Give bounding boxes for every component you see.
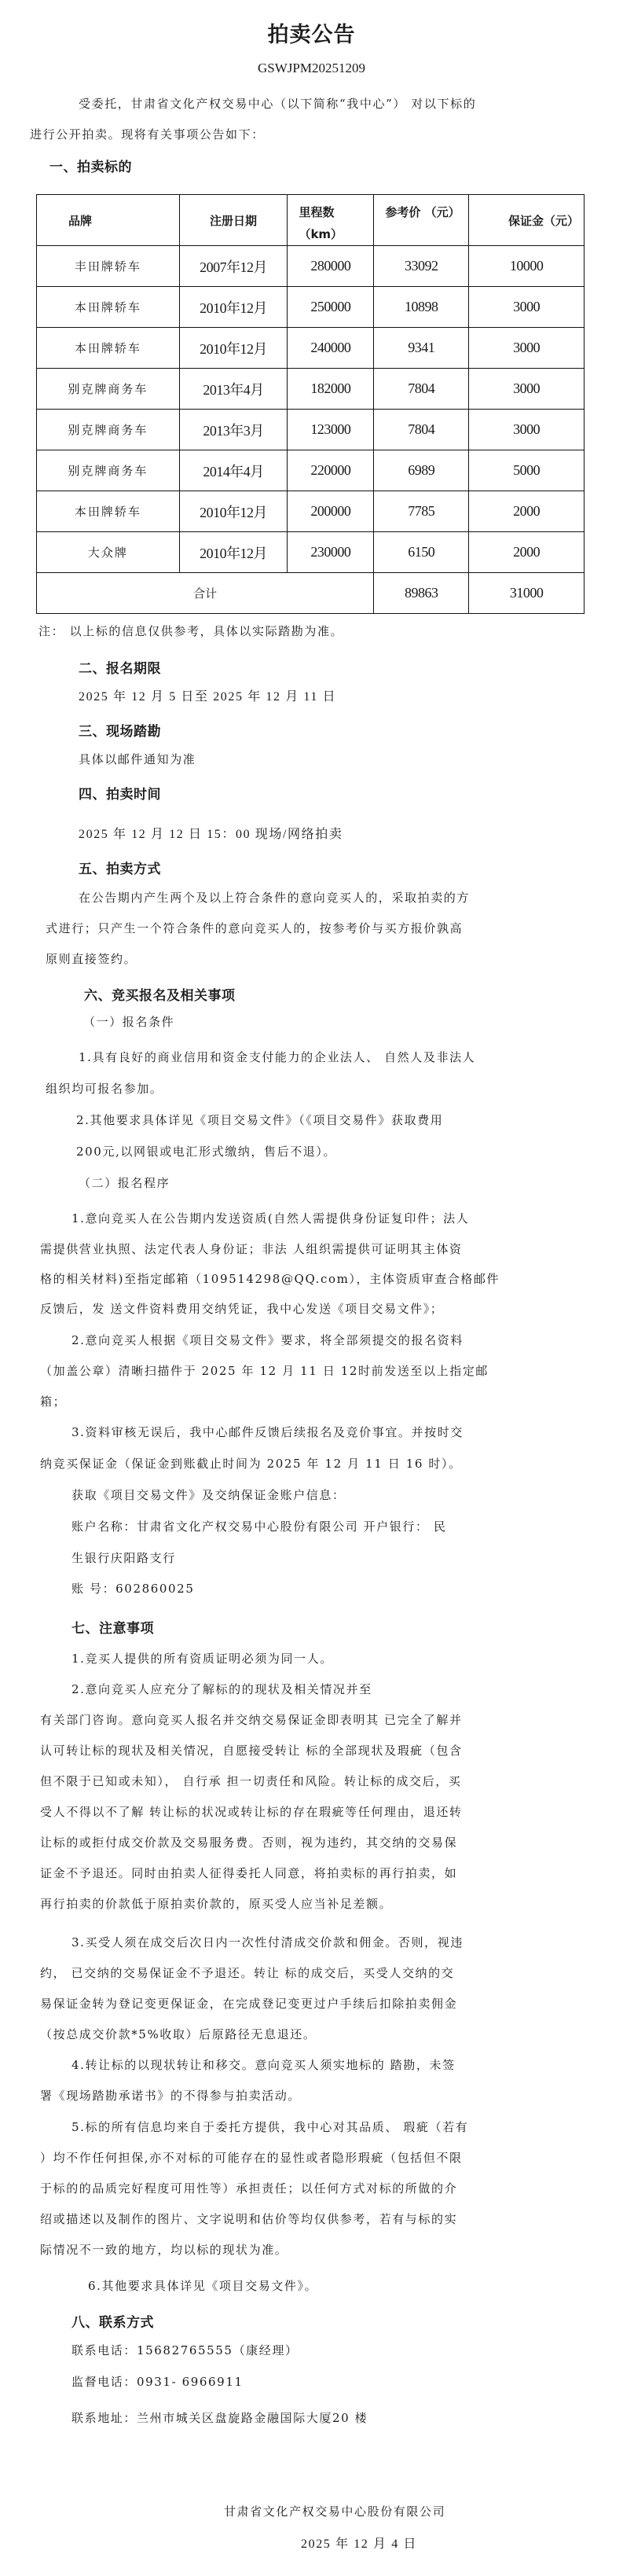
notes-line: ）均不作任何担保,亦不对标的可能存在的显性或者隐形瑕疵（包括但不限 [40,2151,463,2166]
procedure-line: 箱； [40,1395,66,1409]
notes-line: 1.竞买人提供的所有资质证明必须为同一人。 [71,1652,333,1666]
table-row: 本田牌轿车 2010年12月 200000 7785 2000 [37,491,585,532]
page-title: 拍卖公告 [0,17,623,48]
section-heading-auction-time: 四、拍卖时间 [79,783,161,803]
cell-ref-price: 33092 [374,246,469,287]
intro-line-1: 受委托，甘肃省文化产权交易中心（以下简称“我中心”） 对以下标的 [79,97,476,112]
auction-method-line: 在公告期内产生两个及以上符合条件的意向竞买人的，采取拍卖的方 [79,891,470,906]
cell-ref-price: 6150 [374,532,469,573]
cell-date: 2013年3月 [179,410,288,450]
account-number-line: 账 号：602860025 [71,1582,194,1597]
notes-line: 署《现场踏勘承诺书》的不得参与拍卖活动。 [40,2089,301,2104]
cell-mileage: 200000 [288,491,374,532]
total-label: 合计 [37,573,374,614]
table-header-row: 品牌 注册日期 里程数 （km） 参考价 （元） 保证金（元） [37,195,585,246]
procedure-line: 3.资料审核无误后，我中心邮件反馈后续报名及竞价事宜。并按时交 [71,1425,464,1440]
section-heading-contact: 八、联系方式 [71,2311,154,2331]
cell-date: 2013年4月 [179,369,288,410]
column-header-reg-date: 注册日期 [179,195,288,246]
table-row: 本田牌轿车 2010年12月 240000 9341 3000 [37,328,585,369]
notes-line: 际情况不一致的地方，均以标的现状为准。 [40,2243,288,2258]
contact-address: 联系地址：兰州市城关区盘旋路金融国际大厦20 楼 [71,2411,368,2426]
section-heading-auction-items: 一、拍卖标的 [49,156,132,175]
intro-line-2: 进行公开拍卖。现将有关事项公告如下： [30,127,265,142]
notes-line: 但不限于已知或未知）， 自行承 担一切责任和风险。转让标的成交后，买 [40,1774,461,1789]
table-total-row: 合计 89863 31000 [37,573,585,614]
cell-brand: 大众牌 [37,532,180,573]
subsection-heading-procedure: （二）报名程序 [79,1176,170,1191]
cell-mileage: 230000 [288,532,374,573]
notes-line: （按总成交价款*5%收取）后原路径无息退还。 [40,2027,317,2042]
section-heading-bidding-registration: 六、竞买报名及相关事项 [84,984,236,1004]
column-header-mileage: 里程数 （km） [288,195,374,246]
cell-ref-price: 9341 [374,328,469,369]
site-inspection-text: 具体以邮件通知为准 [79,752,196,767]
cell-deposit: 3000 [469,369,585,410]
cell-mileage: 220000 [288,450,374,491]
cell-deposit: 2000 [469,532,585,573]
total-ref-price: 89863 [374,573,469,614]
cell-brand: 别克牌商务车 [37,410,180,450]
cell-date: 2014年4月 [179,450,288,491]
section-heading-registration-period: 二、报名期限 [79,657,161,677]
cell-ref-price: 7804 [374,369,469,410]
conditions-line: 组织均可报名参加。 [46,1082,163,1097]
section-heading-auction-method: 五、拍卖方式 [79,858,161,877]
notes-line: 证金不予退还。同时由拍卖人征得委托人同意，将拍卖标的再行拍卖，如 [40,1866,457,1881]
table-row: 别克牌商务车 2013年3月 123000 7804 3000 [37,410,585,450]
cell-mileage: 250000 [288,287,374,328]
table-note: 注： 以上标的信息仅供参考，具体以实际踏勘为准。 [38,624,343,639]
notes-line: 6.其他要求具体详见《项目交易文件》。 [88,2279,317,2294]
cell-deposit: 10000 [469,246,585,287]
cell-mileage: 123000 [288,410,374,450]
notes-line: 绍或描述以及制作的图片、文字说明和估价等均仅供参考，若有与标的实 [40,2212,457,2227]
procedure-line: 1.意向竞买人在公告期内发送资质(自然人需提供身份证复印件；法人 [71,1211,469,1226]
cell-deposit: 3000 [469,328,585,369]
cell-ref-price: 10898 [374,287,469,328]
document-number: GSWJPM20251209 [0,61,623,76]
procedure-line: 纳竞买保证金（保证金到账截止时间为 2025 年 12 月 11 日 16 时）… [40,1457,462,1472]
account-info-intro: 获取《项目交易文件》及交纳保证金账户信息： [71,1488,346,1503]
table-row: 大众牌 2010年12月 230000 6150 2000 [37,532,585,573]
total-deposit: 31000 [469,573,585,614]
cell-date: 2010年12月 [179,328,288,369]
contact-phone: 联系电话：15682765555（康经理） [71,2343,299,2358]
notes-line: 4.转让标的以现状转让和移交。意向竞买人须实地标的 踏勘，未签 [71,2058,456,2073]
signature-organization: 甘肃省文化产权交易中心股份有限公司 [224,2504,445,2519]
conditions-line: 2.其他要求具体详见《项目交易文件》（《项目交易件》获取费用 [76,1113,443,1128]
notes-line: 认可转让标的现状及相关情况，自愿接受转让 标的全部现状及瑕疵（包含 [40,1744,463,1758]
cell-brand: 本田牌轿车 [37,491,180,532]
procedure-line: （加盖公章）清晰扫描件于 2025 年 12 月 11 日 12时前发送至以上指… [40,1364,489,1379]
table-row: 本田牌轿车 2010年12月 250000 10898 3000 [37,287,585,328]
section-heading-site-inspection: 三、现场踏勘 [79,720,161,740]
signature-date: 2025 年 12 月 4 日 [301,2537,417,2552]
auction-items-table: 品牌 注册日期 里程数 （km） 参考价 （元） 保证金（元） 丰田牌轿车 20… [36,194,585,614]
table-row: 别克牌商务车 2013年4月 182000 7804 3000 [37,369,585,410]
cell-mileage: 182000 [288,369,374,410]
procedure-line: 格的相关材料)至指定邮箱（109514298@QQ.com），主体资质审查合格邮… [40,1272,500,1287]
cell-mileage: 240000 [288,328,374,369]
section-heading-notes: 七、注意事项 [71,1617,154,1637]
notes-line: 于标的的品质完好程度可用性等）承担责任；以任何方式对标的所做的介 [40,2181,457,2196]
notes-line: 5.标的所有信息均来自于委托方提供，我中心对其品质、 瑕疵（若有 [71,2120,468,2135]
cell-deposit: 3000 [469,410,585,450]
notes-line: 约， 已交纳的交易保证金不予退还。转让 标的成交后，买受人交纳的交 [40,1966,454,1981]
cell-deposit: 5000 [469,450,585,491]
notes-line: 3.买受人须在成交后次日内一次性付清成交价款和佣金。否则，视违 [71,1935,464,1950]
notes-line: 再行拍卖的价款低于原拍卖价款的，原买受人应当补足差额。 [40,1897,392,1912]
cell-brand: 本田牌轿车 [37,328,180,369]
cell-deposit: 3000 [469,287,585,328]
cell-date: 2010年12月 [179,491,288,532]
notes-line: 有关部门咨询。意向竞买人报名并交纳交易保证金即表明其 已完全了解并 [40,1713,463,1728]
notes-line: 受人不得以不了解 转让标的状况或转让标的存在瑕疵等任何理由，退还转 [40,1805,463,1820]
procedure-line: 反馈后，发 送文件资料费用交纳凭证，我中心发送《项目交易文件》； [40,1302,443,1317]
conditions-line: 1.具有良好的商业信用和资金支付能力的企业法人、 自然人及非法人 [79,1050,475,1065]
table-row: 丰田牌轿车 2007年12月 280000 33092 10000 [37,246,585,287]
notes-line: 让标的或拒付成交价款及交易服务费。否则，视为违约，其交纳的交易保 [40,1836,457,1850]
cell-date: 2010年12月 [179,287,288,328]
cell-brand: 别克牌商务车 [37,369,180,410]
procedure-line: 2.意向竞买人根据《项目交易文件》要求，将全部须提交的报名资料 [71,1333,464,1348]
cell-brand: 本田牌轿车 [37,287,180,328]
column-header-brand: 品牌 [37,195,180,246]
cell-ref-price: 6989 [374,450,469,491]
cell-mileage: 280000 [288,246,374,287]
table-row: 别克牌商务车 2014年4月 220000 6989 5000 [37,450,585,491]
cell-date: 2010年12月 [179,532,288,573]
cell-ref-price: 7804 [374,410,469,450]
procedure-line: 需提供营业执照、法定代表人身份证；非法 人组织需提供可证明其主体资 [40,1242,463,1257]
cell-brand: 丰田牌轿车 [37,246,180,287]
auction-method-line: 式进行；只产生一个符合条件的意向竞买人的，按参考价与买方报价孰高 [46,921,463,936]
conditions-line: 200元,以网银或电汇形式缴纳，售后不退）。 [76,1145,336,1159]
registration-period-text: 2025 年 12 月 5 日至 2025 年 12 月 11 日 [79,689,336,704]
notes-line: 易保证金转为登记变更保证金，在完成登记变更过户手续后扣除拍卖佣金 [40,1997,457,2012]
supervision-phone: 监督电话：0931- 6966911 [71,2375,244,2390]
column-header-deposit: 保证金（元） [469,195,585,246]
auction-method-line: 原则直接签约。 [46,952,137,967]
column-header-ref-price: 参考价 （元） [374,195,469,246]
cell-ref-price: 7785 [374,491,469,532]
cell-date: 2007年12月 [179,246,288,287]
account-bank-line: 生银行庆阳路支行 [71,1551,176,1566]
cell-brand: 别克牌商务车 [37,450,180,491]
account-name-line: 账户名称：甘肃省文化产权交易中心股份有限公司 开户银行： 民 [71,1520,447,1534]
subsection-heading-conditions: （一）报名条件 [83,1015,174,1030]
notes-line: 2.意向竞买人应充分了解标的的现状及相关情况并至 [71,1682,372,1697]
cell-deposit: 2000 [469,491,585,532]
auction-time-text: 2025 年 12 月 12 日 15：00 现场/网络拍卖 [79,827,343,842]
